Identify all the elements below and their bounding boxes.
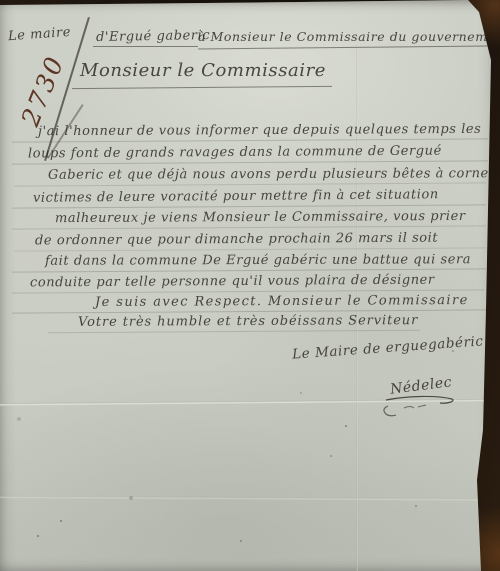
ruled-line bbox=[14, 182, 486, 186]
header-sender: Le maire bbox=[8, 25, 72, 44]
signature-paraph bbox=[378, 392, 458, 418]
closing-line: Je suis avec Respect. Monsieur le Commis… bbox=[95, 293, 469, 310]
header-underline bbox=[198, 45, 488, 49]
ruled-line bbox=[12, 225, 486, 229]
header-underline bbox=[93, 46, 198, 47]
header-sender-place: d'Ergué gaberic bbox=[96, 28, 210, 45]
body-line: fait dans la commune De Ergué gabéric un… bbox=[45, 252, 471, 268]
registration-number: 2730 bbox=[16, 51, 70, 130]
body-line: conduite par telle personne qu'il vous p… bbox=[30, 273, 435, 291]
paper-crease-horizontal bbox=[0, 496, 500, 502]
paper-sheet: 2730 Le maire d'Ergué gaberic à Monsieur… bbox=[0, 0, 500, 571]
paper-specks bbox=[0, 0, 2, 2]
salutation-line: Monsieur le Commissaire bbox=[80, 60, 326, 81]
letter-photo: 2730 Le maire d'Ergué gaberic à Monsieur… bbox=[0, 0, 500, 571]
body-line: loups font de grands ravages dans la com… bbox=[28, 144, 442, 162]
signature-title: Le Maire de erguegabéric bbox=[292, 333, 484, 362]
header-recipient: à Monsieur le Commissaire du gouvernemen… bbox=[198, 29, 500, 44]
ruled-line bbox=[12, 138, 488, 142]
closing-line: Votre très humble et très obéissans Serv… bbox=[78, 313, 418, 330]
body-line: Gaberic et que déjà nous avons perdu plu… bbox=[48, 166, 489, 183]
ruled-line bbox=[48, 330, 420, 334]
body-line: de ordonner que pour dimanche prochain 2… bbox=[35, 231, 438, 249]
body-line: malheureux je viens Monsieur le Commissa… bbox=[55, 209, 466, 226]
body-line: j'ai l'honneur de vous informer que depu… bbox=[38, 122, 481, 139]
body-line: victimes de leure voracité pour mettre f… bbox=[33, 187, 439, 206]
salutation-underline bbox=[72, 86, 332, 89]
